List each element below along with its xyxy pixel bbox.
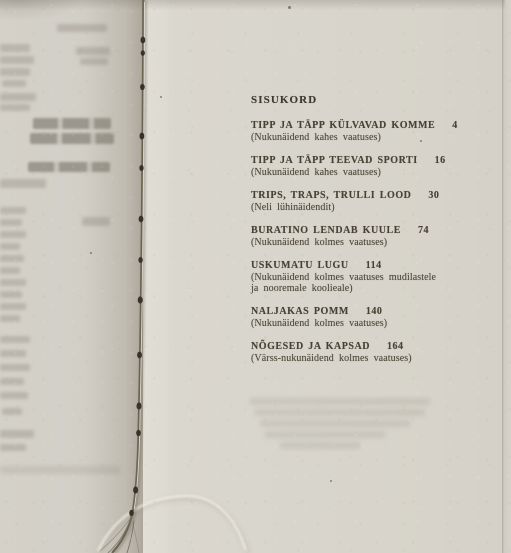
toc-entry: NALJAKAS POMM140 (Nukunäidend kolmes vaa…: [251, 303, 466, 329]
toc-entry-subtitle: (Nukunäidend kolmes vaatuses mudilastele: [251, 272, 466, 283]
toc-entry: NÕGESED JA KAPSAD164 (Värss-nukunäidend …: [251, 338, 466, 364]
toc-entry-subtitle: ja nooremale koolieale): [251, 283, 466, 294]
toc-entry-title: NALJAKAS POMM: [251, 306, 349, 317]
table-of-contents: SISUKORD TIPP JA TÄPP KÜLVAVAD KOMME4 (N…: [251, 94, 466, 373]
toc-entry-subtitle: (Nukunäidend kahes vaatuses): [251, 167, 466, 178]
toc-entry-page-number: 140: [366, 306, 383, 317]
toc-entry-subtitle: (Värss-nukunäidend kolmes vaatuses): [251, 353, 466, 364]
toc-heading: SISUKORD: [251, 94, 466, 106]
left-page-verso: [0, 0, 143, 553]
toc-entry-page-number: 164: [387, 341, 404, 352]
toc-entry-page-number: 114: [366, 260, 382, 271]
toc-entry-subtitle: (Neli lühinäidendit): [251, 202, 466, 213]
toc-entry-page-number: 16: [435, 155, 446, 166]
toc-entry-title: TRIPS, TRAPS, TRULLI LOOD: [251, 190, 411, 201]
toc-entry-subtitle: (Nukunäidend kolmes vaatuses): [251, 237, 466, 248]
toc-entry: TIPP JA TÄPP KÜLVAVAD KOMME4 (Nukunäiden…: [251, 117, 466, 143]
toc-entry-title: TIPP JA TÄPP TEEVAD SPORTI: [251, 155, 418, 166]
toc-entry-title: TIPP JA TÄPP KÜLVAVAD KOMME: [251, 120, 435, 131]
scanned-book-page: { "document": { "language": "Estonian", …: [0, 0, 511, 553]
toc-entry-page-number: 74: [418, 225, 429, 236]
toc-entry-subtitle: (Nukunäidend kahes vaatuses): [251, 132, 466, 143]
toc-entry: TRIPS, TRAPS, TRULLI LOOD30 (Neli lühinä…: [251, 187, 466, 213]
toc-entry-page-number: 4: [452, 120, 458, 131]
toc-entry-page-number: 30: [428, 190, 439, 201]
toc-entry-subtitle: (Nukunäidend kolmes vaatuses): [251, 318, 466, 329]
toc-entry: TIPP JA TÄPP TEEVAD SPORTI16 (Nukunäiden…: [251, 152, 466, 178]
toc-entry-title: NÕGESED JA KAPSAD: [251, 341, 370, 352]
toc-entry-title: BURATINO LENDAB KUULE: [251, 225, 401, 236]
toc-entry-title: USKUMATU LUGU: [251, 260, 349, 271]
toc-entry: BURATINO LENDAB KUULE74 (Nukunäidend kol…: [251, 222, 466, 248]
toc-entry: USKUMATU LUGU114 (Nukunäidend kolmes vaa…: [251, 257, 466, 294]
